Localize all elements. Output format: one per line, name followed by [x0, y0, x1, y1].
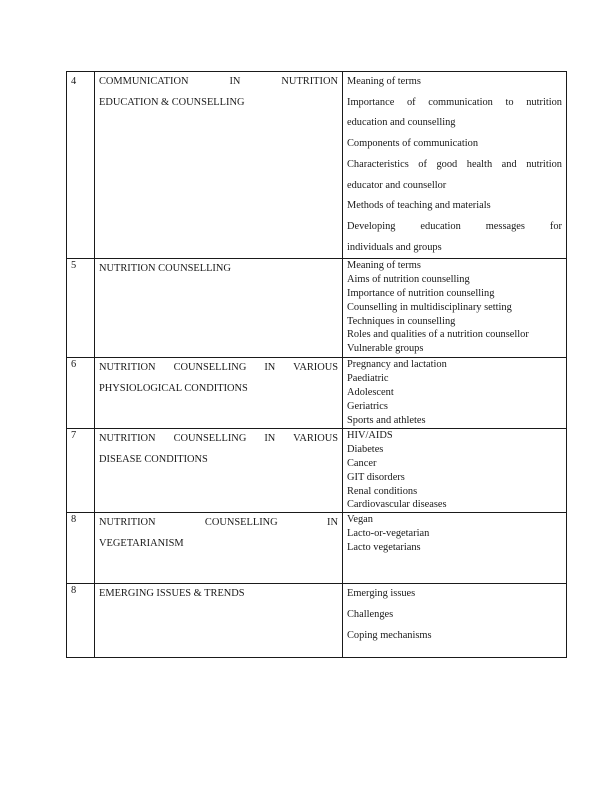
topic-item: Sports and athletes: [347, 414, 562, 428]
table-row: 8 EMERGING ISSUES & TRENDS Emerging issu…: [67, 584, 567, 658]
unit-number: 6: [67, 358, 95, 429]
topic-item: Vulnerable groups: [347, 342, 562, 356]
unit-title: EMERGING ISSUES & TRENDS: [95, 584, 343, 658]
unit-number: 4: [67, 72, 95, 259]
topic-item: Roles and qualities of a nutrition couns…: [347, 328, 562, 342]
table-row: 7 NUTRITION COUNSELLING IN VARIOUS DISEA…: [67, 429, 567, 513]
unit-topics: Pregnancy and lactation Paediatric Adole…: [343, 358, 567, 429]
syllabus-table: 4 COMMUNICATION IN NUTRITION EDUCATION &…: [66, 71, 567, 658]
topic-item: Components of communication: [347, 134, 562, 155]
topic-item: Cardiovascular diseases: [347, 498, 562, 512]
topic-item: Vegan: [347, 513, 562, 527]
topic-item: Methods of teaching and materials: [347, 196, 562, 217]
unit-title-line: DISEASE CONDITIONS: [99, 450, 338, 471]
topic-item: Characteristics of good health and nutri…: [347, 155, 562, 176]
unit-title: NUTRITION COUNSELLING: [95, 259, 343, 358]
unit-topics: HIV/AIDS Diabetes Cancer GIT disorders R…: [343, 429, 567, 513]
topic-item: Emerging issues: [347, 584, 562, 605]
syllabus-table-body: 4 COMMUNICATION IN NUTRITION EDUCATION &…: [67, 72, 567, 658]
topic-item: Pregnancy and lactation: [347, 358, 562, 372]
unit-title-line: NUTRITION COUNSELLING IN VARIOUS: [99, 429, 338, 450]
topic-item: Aims of nutrition counselling: [347, 273, 562, 287]
topic-item: Adolescent: [347, 386, 562, 400]
unit-title-line: PHYSIOLOGICAL CONDITIONS: [99, 379, 338, 400]
topic-item: GIT disorders: [347, 471, 562, 485]
topic-item: individuals and groups: [347, 238, 562, 259]
unit-number: 7: [67, 429, 95, 513]
topic-item: Cancer: [347, 457, 562, 471]
unit-title: NUTRITION COUNSELLING IN VEGETARIANISM: [95, 513, 343, 584]
topic-item: Lacto-or-vegetarian: [347, 527, 562, 541]
unit-topics: Emerging issues Challenges Coping mechan…: [343, 584, 567, 658]
topic-item: Diabetes: [347, 443, 562, 457]
topic-item: Developing education messages for: [347, 217, 562, 238]
topic-item: education and counselling: [347, 113, 562, 134]
unit-topics: Vegan Lacto-or-vegetarian Lacto vegetari…: [343, 513, 567, 584]
unit-number: 8: [67, 513, 95, 584]
topic-item: Importance of communication to nutrition: [347, 93, 562, 114]
topic-item: Paediatric: [347, 372, 562, 386]
topic-item: Geriatrics: [347, 400, 562, 414]
unit-title-line: EDUCATION & COUNSELLING: [99, 93, 338, 114]
topic-item: Challenges: [347, 605, 562, 626]
unit-number: 8: [67, 584, 95, 658]
unit-title-line: COMMUNICATION IN NUTRITION: [99, 72, 338, 93]
topic-item: Meaning of terms: [347, 72, 562, 93]
topic-item: Counselling in multidisciplinary setting: [347, 301, 562, 315]
topic-item: Meaning of terms: [347, 259, 562, 273]
unit-title: NUTRITION COUNSELLING IN VARIOUS PHYSIOL…: [95, 358, 343, 429]
table-row: 6 NUTRITION COUNSELLING IN VARIOUS PHYSI…: [67, 358, 567, 429]
document-page: 4 COMMUNICATION IN NUTRITION EDUCATION &…: [0, 0, 612, 792]
topic-item: Techniques in counselling: [347, 315, 562, 329]
unit-title-line: NUTRITION COUNSELLING: [99, 259, 338, 280]
topic-item: HIV/AIDS: [347, 429, 562, 443]
unit-title-line: NUTRITION COUNSELLING IN VARIOUS: [99, 358, 338, 379]
topic-item: Renal conditions: [347, 485, 562, 499]
table-row: 4 COMMUNICATION IN NUTRITION EDUCATION &…: [67, 72, 567, 259]
topic-item: educator and counsellor: [347, 176, 562, 197]
table-row: 5 NUTRITION COUNSELLING Meaning of terms…: [67, 259, 567, 358]
unit-title: NUTRITION COUNSELLING IN VARIOUS DISEASE…: [95, 429, 343, 513]
unit-number: 5: [67, 259, 95, 358]
unit-title-line: EMERGING ISSUES & TRENDS: [99, 584, 338, 605]
unit-topics: Meaning of terms Importance of communica…: [343, 72, 567, 259]
topic-item: Coping mechanisms: [347, 626, 562, 647]
unit-title-line: VEGETARIANISM: [99, 534, 338, 555]
topic-item: Lacto vegetarians: [347, 541, 562, 555]
table-row: 8 NUTRITION COUNSELLING IN VEGETARIANISM…: [67, 513, 567, 584]
unit-topics: Meaning of terms Aims of nutrition couns…: [343, 259, 567, 358]
topic-item: Importance of nutrition counselling: [347, 287, 562, 301]
unit-title: COMMUNICATION IN NUTRITION EDUCATION & C…: [95, 72, 343, 259]
unit-title-line: NUTRITION COUNSELLING IN: [99, 513, 338, 534]
